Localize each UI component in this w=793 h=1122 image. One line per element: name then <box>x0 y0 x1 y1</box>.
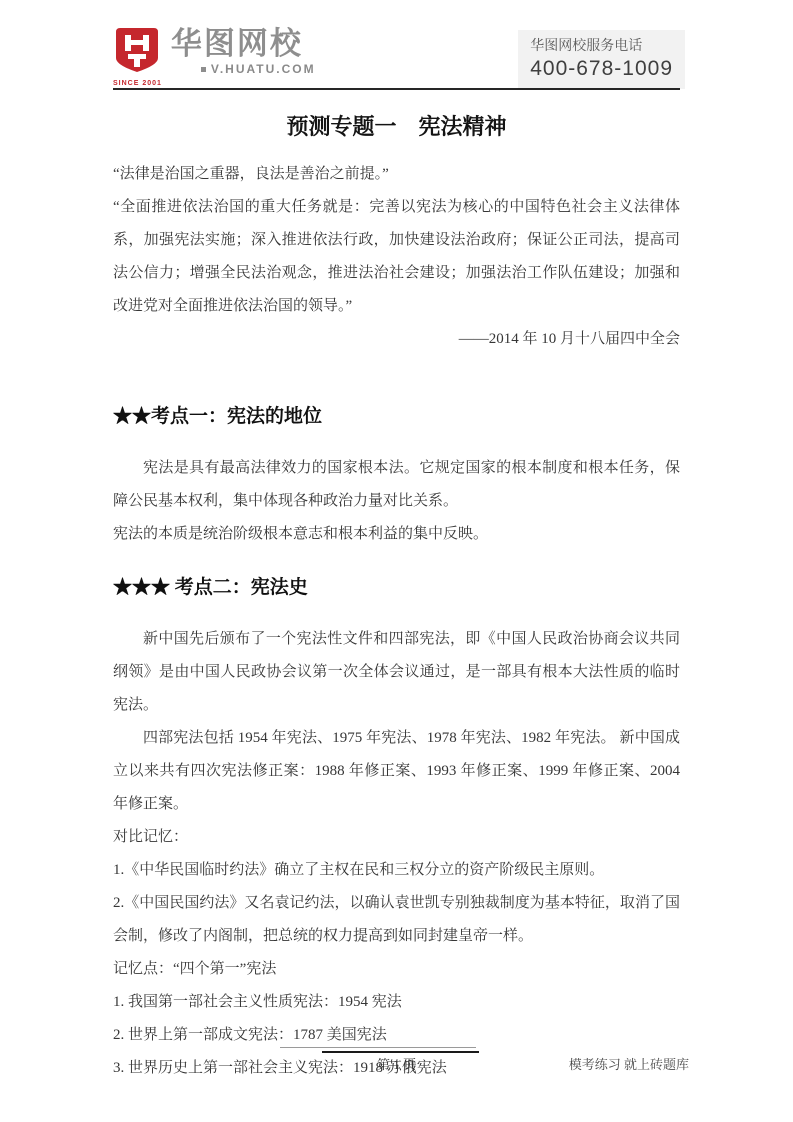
page-title: 预测专题一 宪法精神 <box>113 112 680 142</box>
quote-paragraph-2: “全面推进依法治国的重大任务就是：完善以宪法为核心的中国特色社会主义法律体系，加… <box>113 191 680 323</box>
header-divider <box>113 88 680 90</box>
document-page: SINCE 2001 华图网校 V.HUATU.COM 华图网校服务电话 400… <box>0 0 793 1122</box>
service-phone-number: 400-678-1009 <box>530 57 673 81</box>
compare-item: 1.《中华民国临时约法》确立了主权在民和三权分立的资产阶级民主原则。 <box>113 854 680 887</box>
section1-heading: ★★考点一：宪法的地位 <box>113 402 680 432</box>
compare-label: 对比记忆： <box>113 821 680 854</box>
quote-paragraph-1: “法律是治国之重器，良法是善治之前提。” <box>113 158 680 191</box>
memory-item: 1. 我国第一部社会主义性质宪法：1954 宪法 <box>113 986 680 1019</box>
section1-paragraph-2: 宪法的本质是统治阶级根本意志和根本利益的集中反映。 <box>113 518 680 551</box>
section1-paragraph-1: 宪法是具有最高法律效力的国家根本法。它规定国家的根本制度和根本任务，保障公民基本… <box>113 452 680 518</box>
document-content: 预测专题一 宪法精神 “法律是治国之重器，良法是善治之前提。” “全面推进依法治… <box>113 102 680 1085</box>
brand-name: 华图网校 <box>171 27 316 61</box>
footer-slogan: 模考练习 就上砖题库 <box>569 1054 689 1073</box>
quote-attribution: ——2014 年 10 月十八届四中全会 <box>113 323 680 356</box>
huatu-shield-icon <box>115 27 159 78</box>
compare-item: 2.《中国民国约法》又名袁记约法，以确认袁世凯专别独裁制度为基本特征，取消了国会… <box>113 887 680 953</box>
huatu-logo: SINCE 2001 华图网校 V.HUATU.COM <box>113 27 316 87</box>
section2-paragraph-1: 新中国先后颁布了一个宪法性文件和四部宪法，即《中国人民政治协商会议共同纲领》是由… <box>113 623 680 722</box>
service-phone-box: 华图网校服务电话 400-678-1009 <box>518 30 685 89</box>
footer-divider-dark <box>322 1051 479 1053</box>
service-phone-label: 华图网校服务电话 <box>530 37 673 57</box>
logo-shield-block: SINCE 2001 <box>113 27 162 87</box>
logo-text-block: 华图网校 V.HUATU.COM <box>171 27 316 76</box>
section2-heading: ★★★ 考点二：宪法史 <box>113 573 680 603</box>
brand-domain: V.HUATU.COM <box>211 62 316 76</box>
logo-since-text: SINCE 2001 <box>113 80 162 87</box>
domain-bullet-icon <box>201 67 206 72</box>
page-header: SINCE 2001 华图网校 V.HUATU.COM 华图网校服务电话 400… <box>113 27 685 89</box>
section2-paragraph-2: 四部宪法包括 1954 年宪法、1975 年宪法、1978 年宪法、1982 年… <box>113 722 680 821</box>
memory-label: 记忆点：“四个第一”宪法 <box>113 953 680 986</box>
brand-domain-row: V.HUATU.COM <box>171 62 316 76</box>
footer-divider-light <box>280 1047 476 1048</box>
